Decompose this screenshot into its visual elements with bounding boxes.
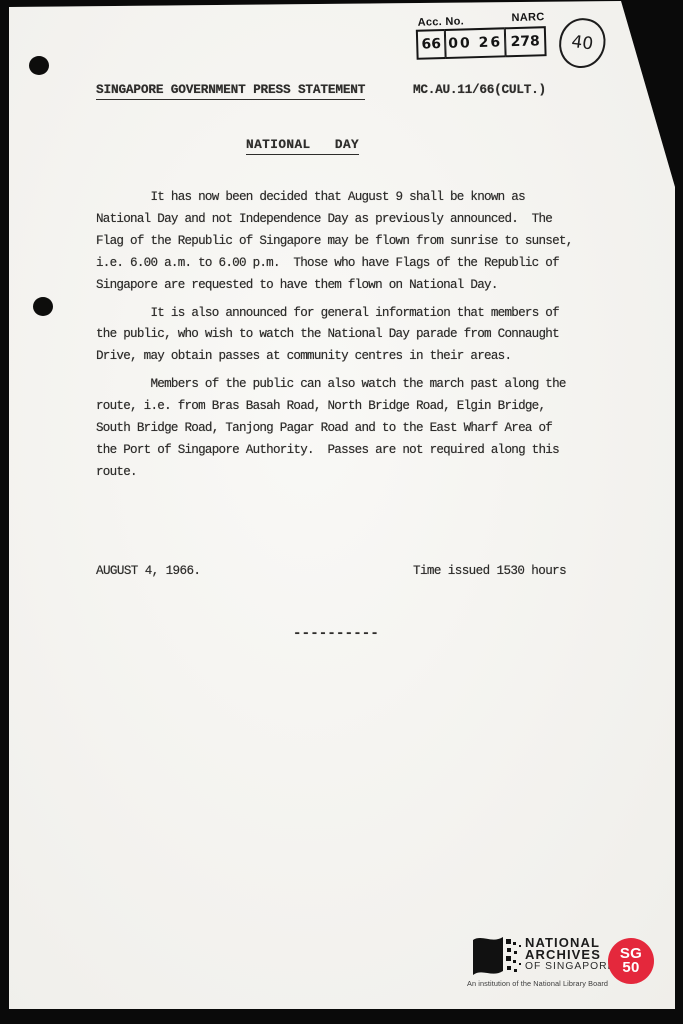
- issue-date: AUGUST 4, 1966.: [96, 564, 200, 578]
- nas-line-2: ARCHIVES: [525, 949, 615, 961]
- press-statement-header: SINGAPORE GOVERNMENT PRESS STATEMENT: [96, 82, 365, 100]
- nas-logo-text: NATIONAL ARCHIVES OF SINGAPORE: [525, 937, 615, 974]
- flag-icon: [472, 935, 524, 981]
- paragraph-3: Members of the public can also watch the…: [96, 374, 601, 484]
- time-issued: Time issued 1530 hours: [413, 564, 566, 578]
- paragraph-2: It is also announced for general informa…: [96, 303, 601, 369]
- stamp-cell-1: 66: [416, 29, 446, 60]
- hole-punch-bottom-icon: [33, 297, 53, 316]
- stamp-cell-2: 00 26: [445, 27, 506, 59]
- scanned-document-page: Acc. No. NARC 66 00 26 278 40 SINGAPORE …: [0, 0, 683, 1024]
- document-title: NATIONAL DAY: [246, 137, 359, 155]
- sg50-badge: SG 50: [608, 938, 654, 984]
- stamp-cell-3: 278: [505, 26, 547, 57]
- document-body: It has now been decided that August 9 sh…: [96, 187, 601, 490]
- national-archives-logo: NATIONAL ARCHIVES OF SINGAPORE An instit…: [466, 932, 622, 994]
- hole-punch-top-icon: [29, 56, 49, 75]
- sg50-text-bottom: 50: [622, 961, 639, 975]
- header-reference: MC.AU.11/66(CULT.): [413, 82, 546, 97]
- date-line: AUGUST 4, 1966. Time issued 1530 hours: [96, 564, 601, 578]
- acc-no-label: Acc. No.: [417, 15, 464, 28]
- nas-tagline: An institution of the National Library B…: [467, 979, 608, 988]
- end-separator: ----------: [293, 626, 379, 642]
- paragraph-1: It has now been decided that August 9 sh…: [96, 187, 601, 297]
- narc-label: NARC: [511, 11, 544, 24]
- nas-line-3: OF SINGAPORE: [525, 961, 615, 973]
- accession-stamp: Acc. No. NARC 66 00 26 278 40: [415, 9, 616, 60]
